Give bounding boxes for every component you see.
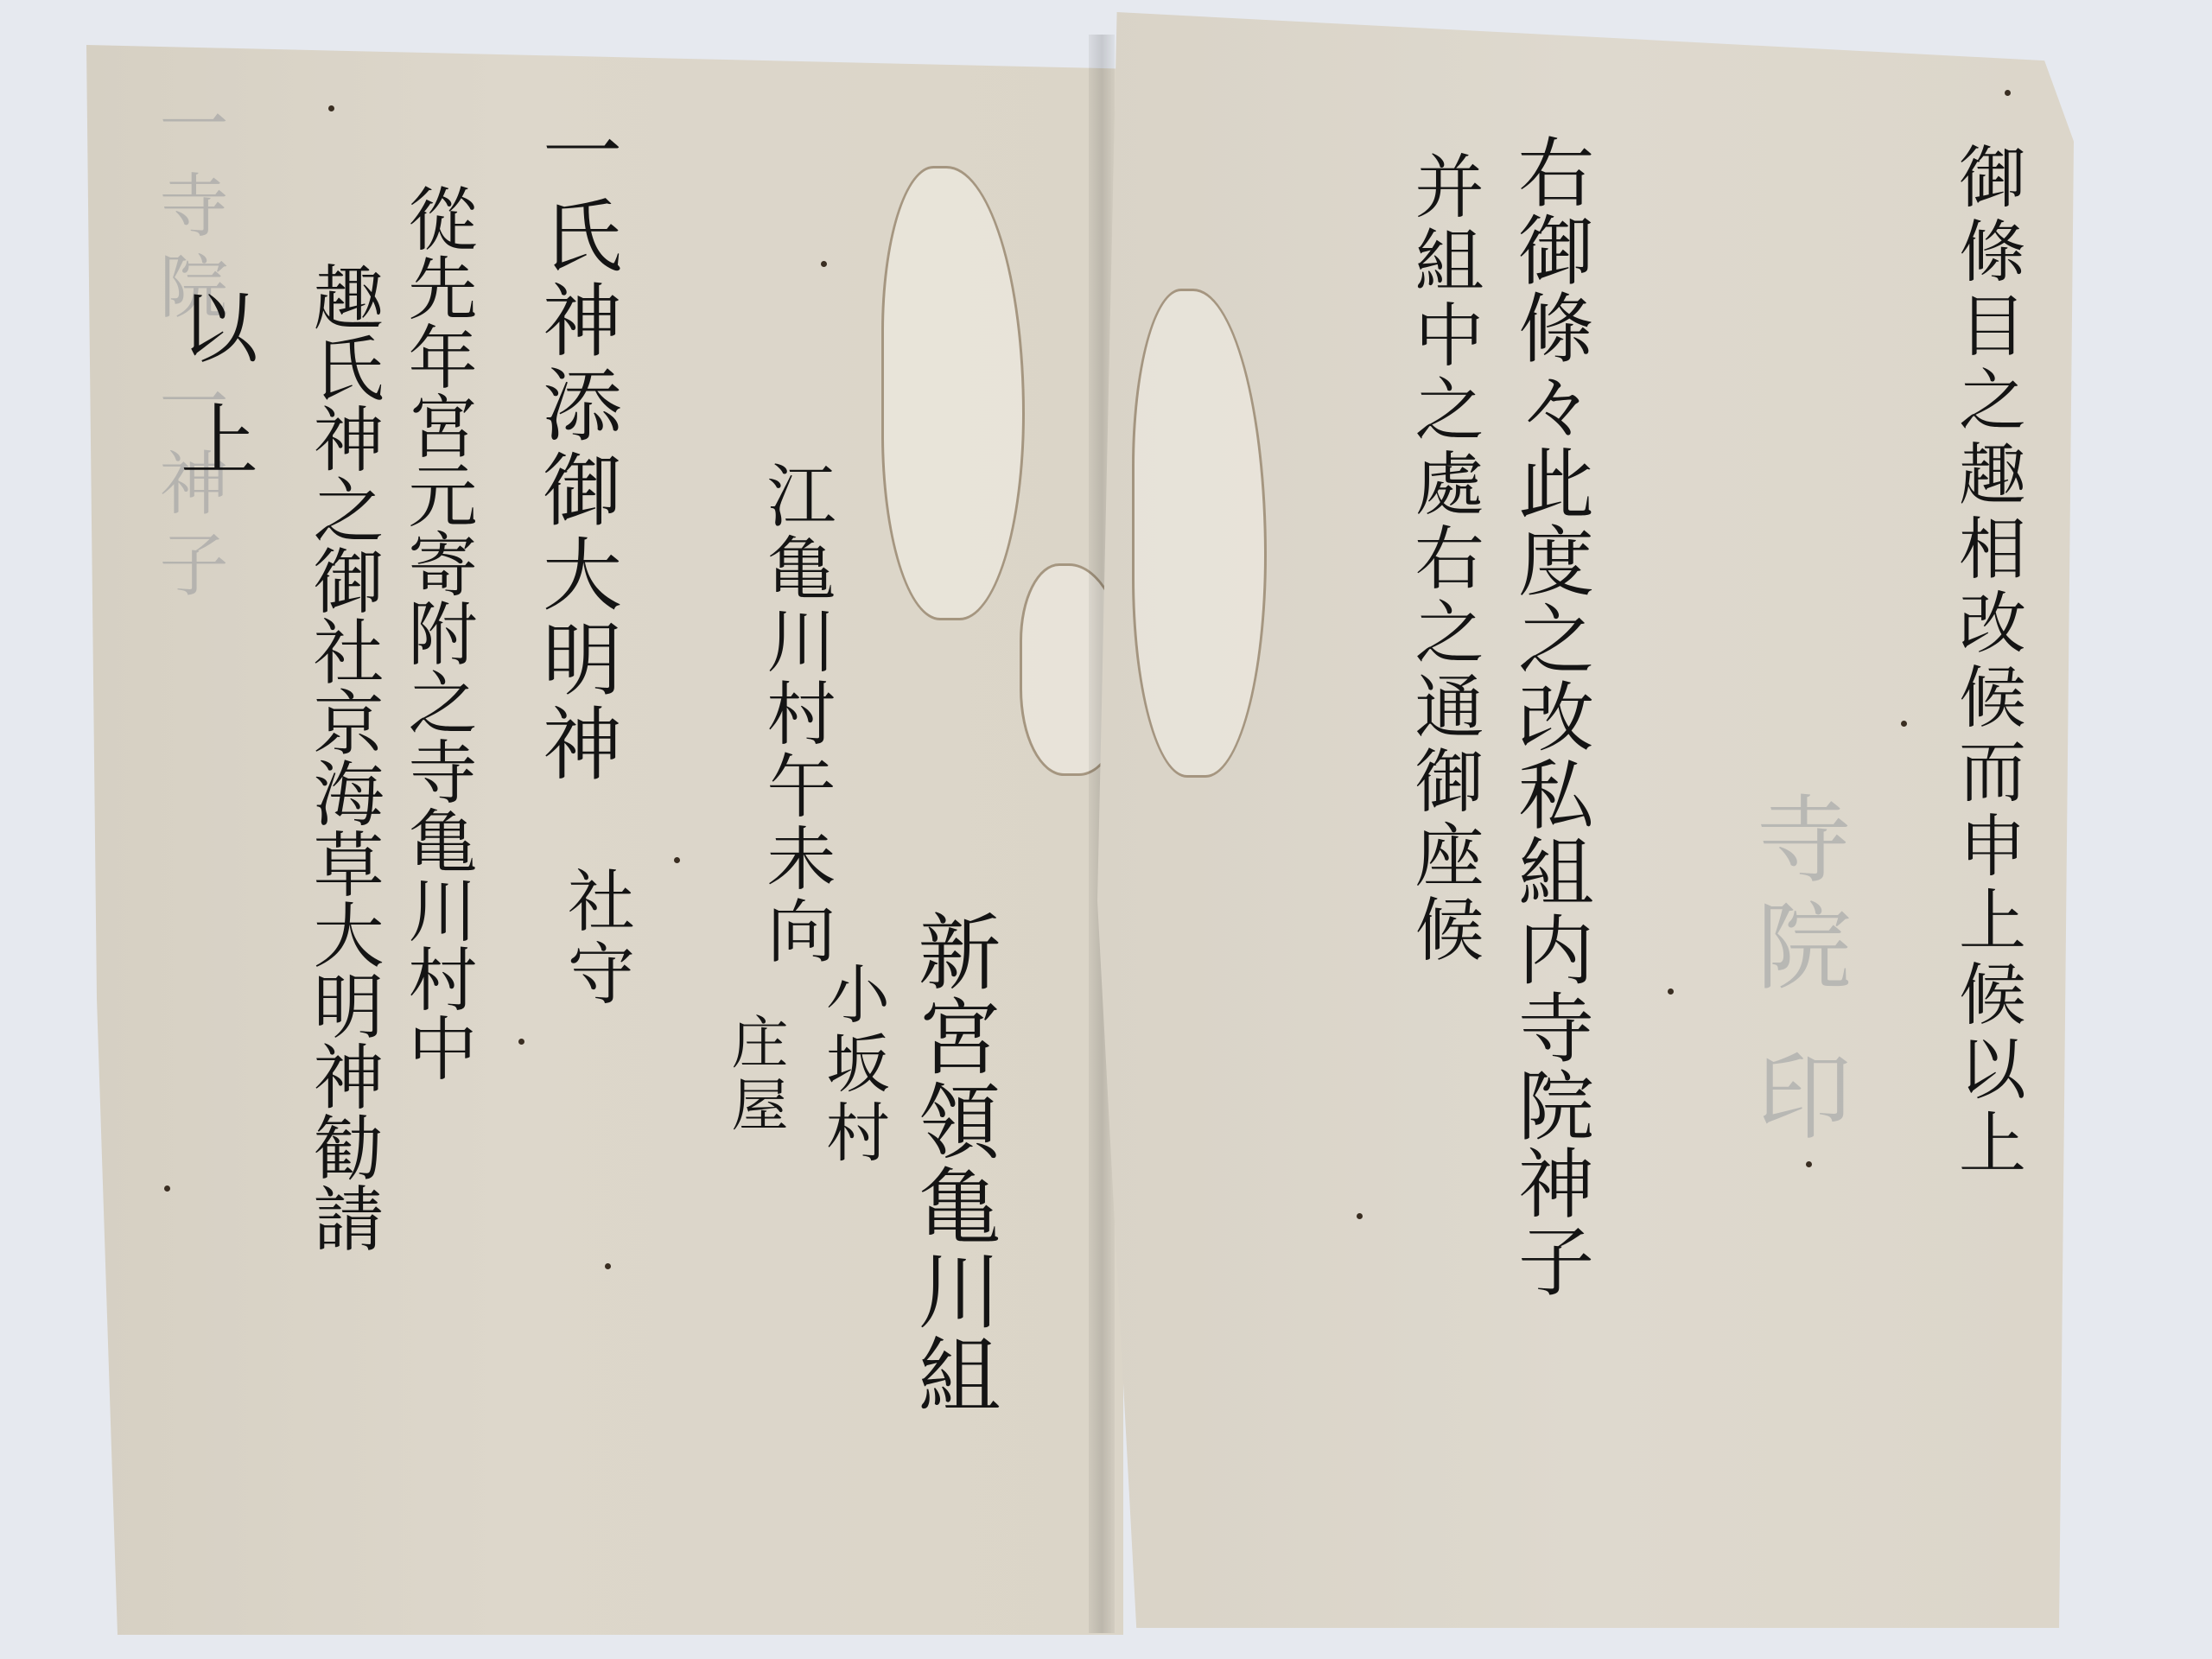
- column-shingu: 新宮領亀川組: [912, 909, 995, 1417]
- wormhole: [605, 1263, 611, 1269]
- left-page: 一寺院 一神子 一氏神添御大明神 社守 從先年宮元寄附之寺亀川村中 趣氏神之御社…: [86, 45, 1123, 1635]
- column-kumichu: 并組中之處右之通御座候: [1408, 150, 1478, 968]
- wormhole: [518, 1039, 524, 1045]
- wormhole: [821, 261, 827, 267]
- worm-damage: [1132, 289, 1267, 778]
- worm-damage: [881, 166, 1025, 620]
- wormhole: [328, 105, 334, 111]
- column-kamegawa: 江亀川村午未向: [760, 460, 829, 968]
- column-ijo: 以上: [173, 287, 251, 512]
- column-sennen: 從先年宮元寄附之寺亀川村中: [402, 183, 471, 1082]
- wormhole: [1901, 721, 1907, 727]
- column-jojo: 右御條々此度之改私組内寺院神子: [1512, 133, 1588, 1300]
- wormhole: [164, 1185, 170, 1192]
- wormhole: [1806, 1161, 1812, 1167]
- show-through-text: 寺院 印: [1728, 790, 1865, 1154]
- column-shoya: 庄屋: [726, 1013, 783, 1137]
- wormhole: [2005, 90, 2011, 96]
- right-page: 寺院 印 右御條々此度之改私組内寺院神子 并組中之處右之通御座候 御條目之趣相改…: [1097, 12, 2074, 1628]
- column-jomoku: 御條目之趣相改候而申上候以上: [1953, 142, 2020, 1182]
- column-ujigami: 一氏神添御大明神: [536, 110, 615, 787]
- column-kosaka: 小坂村: [821, 961, 885, 1168]
- column-shamori: 社守: [562, 866, 629, 1011]
- wormhole: [1668, 988, 1674, 995]
- column-omomuki: 趣氏神之御社京海草大明神勧請: [307, 261, 378, 1253]
- wormhole: [1357, 1213, 1363, 1219]
- wormhole: [674, 857, 680, 863]
